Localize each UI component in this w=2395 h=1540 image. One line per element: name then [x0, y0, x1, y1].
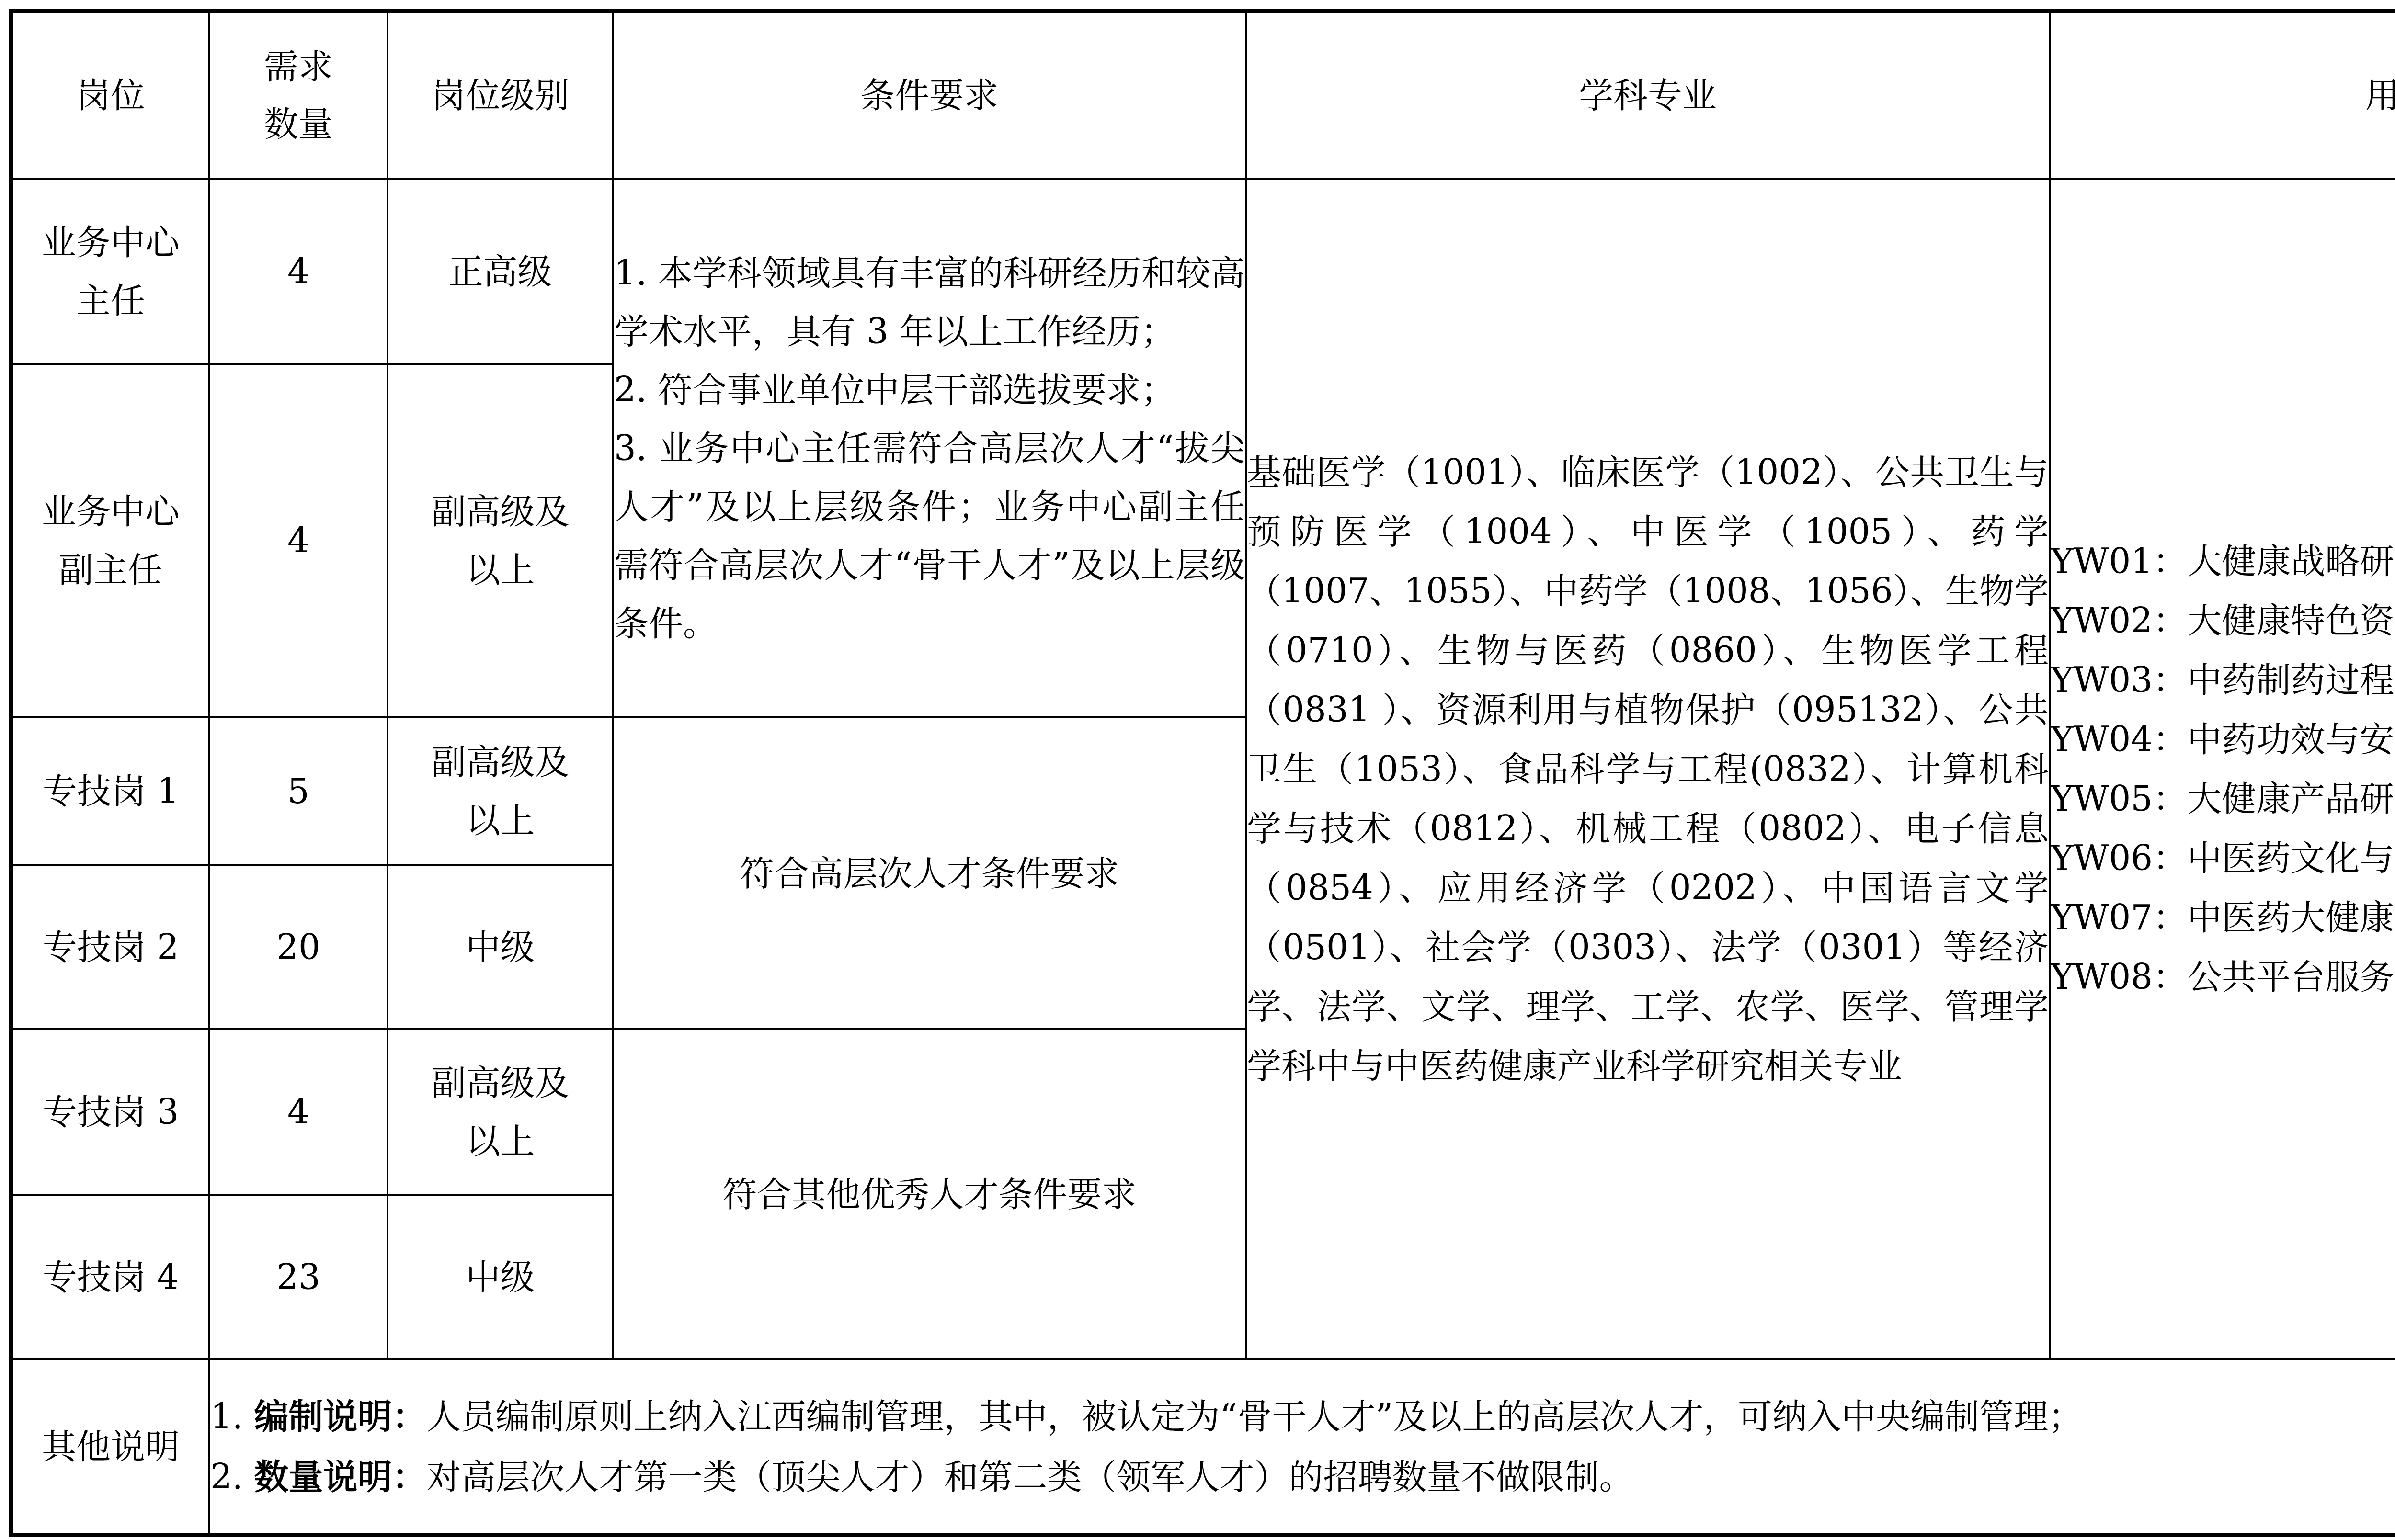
department-item: YW02：大健康特色资源研究中心: [2051, 591, 2395, 650]
position-cell: 专技岗 4: [11, 1195, 209, 1359]
count-cell: 4: [209, 179, 388, 364]
notes-row: 其他说明 1. 编制说明：人员编制原则上纳入江西编制管理，其中，被认定为“骨干人…: [11, 1359, 2395, 1535]
note-number: 1.: [210, 1396, 243, 1437]
header-row: 岗位 需求 数量 岗位级别 条件要求 学科专业 用人部门: [11, 11, 2395, 179]
department-item: YW08：公共平台服务中心: [2051, 947, 2395, 1007]
position-cell: 专技岗 3: [11, 1029, 209, 1195]
notes-cell: 1. 编制说明：人员编制原则上纳入江西编制管理，其中，被认定为“骨干人才”及以上…: [209, 1359, 2395, 1535]
position-cell: 业务中心 副主任: [11, 364, 209, 717]
note-title: 数量说明：: [254, 1456, 427, 1497]
department-item: YW06：中医药文化与技术传承创新研究中心: [2051, 828, 2395, 888]
count-cell: 5: [209, 717, 388, 865]
level-cell: 副高级及 以上: [388, 1029, 613, 1195]
position-cell: 专技岗 2: [11, 865, 209, 1029]
department-item: YW05：大健康产品研发中心: [2051, 769, 2395, 828]
department-item: YW04：中药功效与安全评价研究中心: [2051, 710, 2395, 769]
level-cell: 副高级及 以上: [388, 364, 613, 717]
condition-item: 1. 本学科领域具有丰富的科研经历和较高学术水平，具有 3 年以上工作经历；: [614, 244, 1245, 361]
level-line: 副高级及: [388, 1053, 612, 1112]
level-cell: 副高级及 以上: [388, 717, 613, 865]
header-level: 岗位级别: [388, 11, 613, 179]
department-item: YW07：中医药大健康智能设备研究中心: [2051, 888, 2395, 947]
conditions-cell-management: 1. 本学科领域具有丰富的科研经历和较高学术水平，具有 3 年以上工作经历； 2…: [613, 179, 1246, 717]
note-text: 人员编制原则上纳入江西编制管理，其中，被认定为“骨干人才”及以上的高层次人才，可…: [427, 1396, 2083, 1437]
condition-item: 3. 业务中心主任需符合高层次人才“拔尖人才”及以上层级条件；业务中心副主任需符…: [614, 419, 1245, 653]
subjects-cell: 基础医学（1001）、临床医学（1002）、公共卫生与预防医学（1004）、中医…: [1246, 179, 2050, 1359]
header-position: 岗位: [11, 11, 209, 179]
notes-label: 其他说明: [11, 1359, 209, 1535]
department-item: YW03：中药制药过程与质量评价研究中心: [2051, 650, 2395, 710]
level-line: 以上: [388, 541, 612, 599]
count-cell: 20: [209, 865, 388, 1029]
position-cell: 专技岗 1: [11, 717, 209, 865]
departments-cell: YW01：大健康战略研究中心 YW02：大健康特色资源研究中心 YW03：中药制…: [2050, 179, 2395, 1359]
count-cell: 4: [209, 1029, 388, 1195]
header-demand-line-2: 数量: [210, 95, 387, 153]
count-cell: 4: [209, 364, 388, 717]
note-item: 1. 编制说明：人员编制原则上纳入江西编制管理，其中，被认定为“骨干人才”及以上…: [210, 1386, 2395, 1447]
header-demand-line-1: 需求: [210, 38, 387, 95]
conditions-cell-other-talent: 符合其他优秀人才条件要求: [613, 1029, 1246, 1359]
header-conditions: 条件要求: [613, 11, 1246, 179]
position-line: 业务中心: [13, 482, 208, 541]
level-line: 以上: [388, 1112, 612, 1170]
level-line: 副高级及: [388, 733, 612, 791]
note-item: 2. 数量说明：对高层次人才第一类（顶尖人才）和第二类（领军人才）的招聘数量不做…: [210, 1447, 2395, 1507]
table-row: 业务中心 主任 4 正高级 1. 本学科领域具有丰富的科研经历和较高学术水平，具…: [11, 179, 2395, 364]
level-line: 副高级及: [388, 482, 612, 541]
level-cell: 中级: [388, 865, 613, 1029]
count-cell: 23: [209, 1195, 388, 1359]
note-title: 编制说明：: [254, 1396, 427, 1437]
position-line: 主任: [13, 272, 208, 330]
header-demand-count: 需求 数量: [209, 11, 388, 179]
condition-item: 2. 符合事业单位中层干部选拔要求；: [614, 361, 1245, 419]
position-line: 业务中心: [13, 213, 208, 272]
level-line: 以上: [388, 791, 612, 849]
note-text: 对高层次人才第一类（顶尖人才）和第二类（领军人才）的招聘数量不做限制。: [427, 1457, 1634, 1497]
position-cell: 业务中心 主任: [11, 179, 209, 364]
conditions-cell-high-level: 符合高层次人才条件要求: [613, 717, 1246, 1029]
header-subjects: 学科专业: [1246, 11, 2050, 179]
recruitment-table: 岗位 需求 数量 岗位级别 条件要求 学科专业 用人部门 业务中心 主任 4 正…: [9, 9, 2395, 1537]
position-line: 副主任: [13, 541, 208, 599]
level-cell: 正高级: [388, 179, 613, 364]
header-department: 用人部门: [2050, 11, 2395, 179]
note-number: 2.: [210, 1457, 243, 1497]
level-cell: 中级: [388, 1195, 613, 1359]
department-item: YW01：大健康战略研究中心: [2051, 532, 2395, 591]
